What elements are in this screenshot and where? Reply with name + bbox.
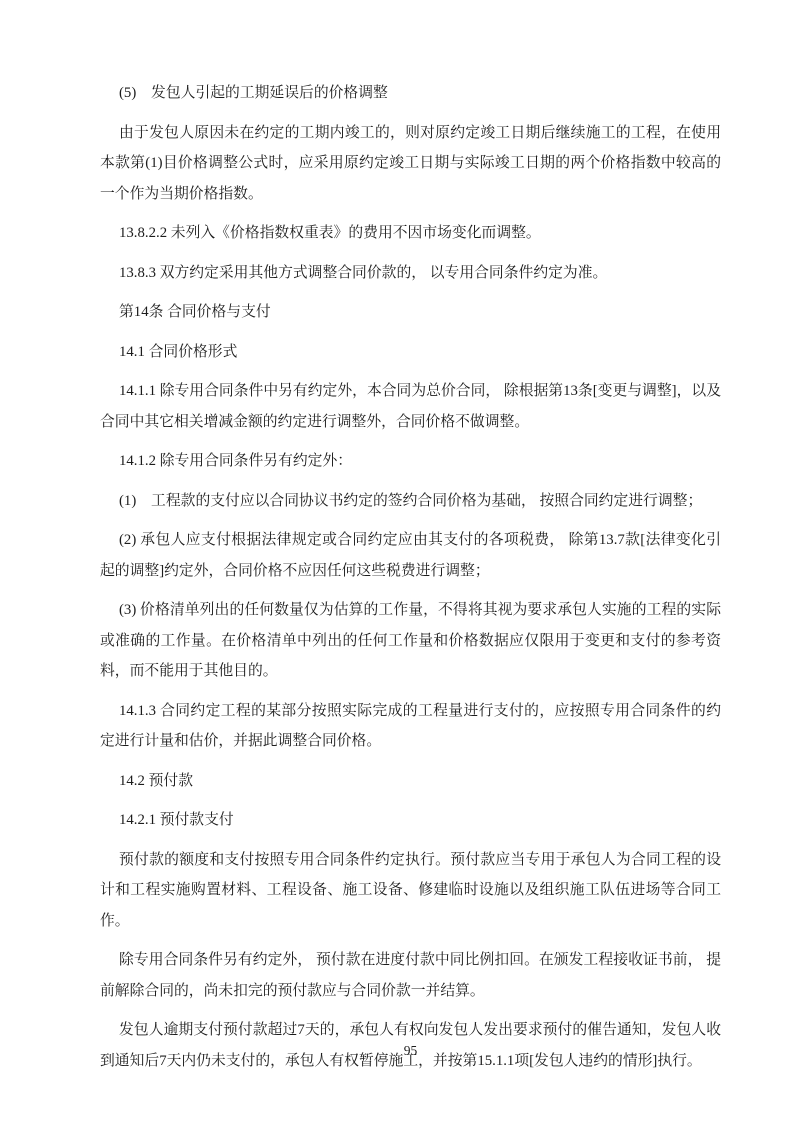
document-body: (5) 发包人引起的工期延误后的价格调整 由于发包人原因未在约定的工期内竣工的，… <box>100 78 721 1085</box>
item-5-heading: (5) 发包人引起的工期延误后的价格调整 <box>100 78 721 109</box>
item-5-body: 由于发包人原因未在约定的工期内竣工的，则对原约定竣工日期后继续施工的工程，在使用… <box>100 118 721 210</box>
document-page: (5) 发包人引起的工期延误后的价格调整 由于发包人原因未在约定的工期内竣工的，… <box>0 0 793 1122</box>
clause-14-1-2-item-1: (1) 工程款的支付应以合同协议书约定的签约合同价格为基础， 按照合同约定进行调… <box>100 486 721 517</box>
clause-14-1-3: 14.1.3 合同约定工程的某部分按照实际完成的工程量进行支付的，应按照专用合同… <box>100 696 721 757</box>
clause-14-2-1-body-2: 除专用合同条件另有约定外， 预付款在进度付款中同比例扣回。在颁发工程接收证书前，… <box>100 945 721 1006</box>
clause-14-2-1-body-1: 预付款的额度和支付按照专用合同条件约定执行。预付款应当专用于承包人为合同工程的设… <box>100 845 721 937</box>
clause-14-1-heading: 14.1 合同价格形式 <box>100 337 721 368</box>
clause-13-8-2-2: 13.8.2.2 未列入《价格指数权重表》的费用不因市场变化而调整。 <box>100 218 721 249</box>
clause-14-1-1: 14.1.1 除专用合同条件中另有约定外，本合同为总价合同， 除根据第13条[变… <box>100 376 721 437</box>
clause-13-8-3: 13.8.3 双方约定采用其他方式调整合同价款的， 以专用合同条件约定为准。 <box>100 258 721 289</box>
clause-14-1-2-item-2: (2) 承包人应支付根据法律规定或合同约定应由其支付的各项税费， 除第13.7款… <box>100 525 721 586</box>
clause-14-2-heading: 14.2 预付款 <box>100 766 721 797</box>
clause-14-1-2-item-3: (3) 价格清单列出的任何数量仅为估算的工作量，不得将其视为要求承包人实施的工程… <box>100 595 721 687</box>
clause-14-1-2: 14.1.2 除专用合同条件另有约定外： <box>100 446 721 477</box>
page-number: 95 <box>100 1041 721 1061</box>
article-14-heading: 第14条 合同价格与支付 <box>100 297 721 328</box>
clause-14-2-1-heading: 14.2.1 预付款支付 <box>100 805 721 836</box>
